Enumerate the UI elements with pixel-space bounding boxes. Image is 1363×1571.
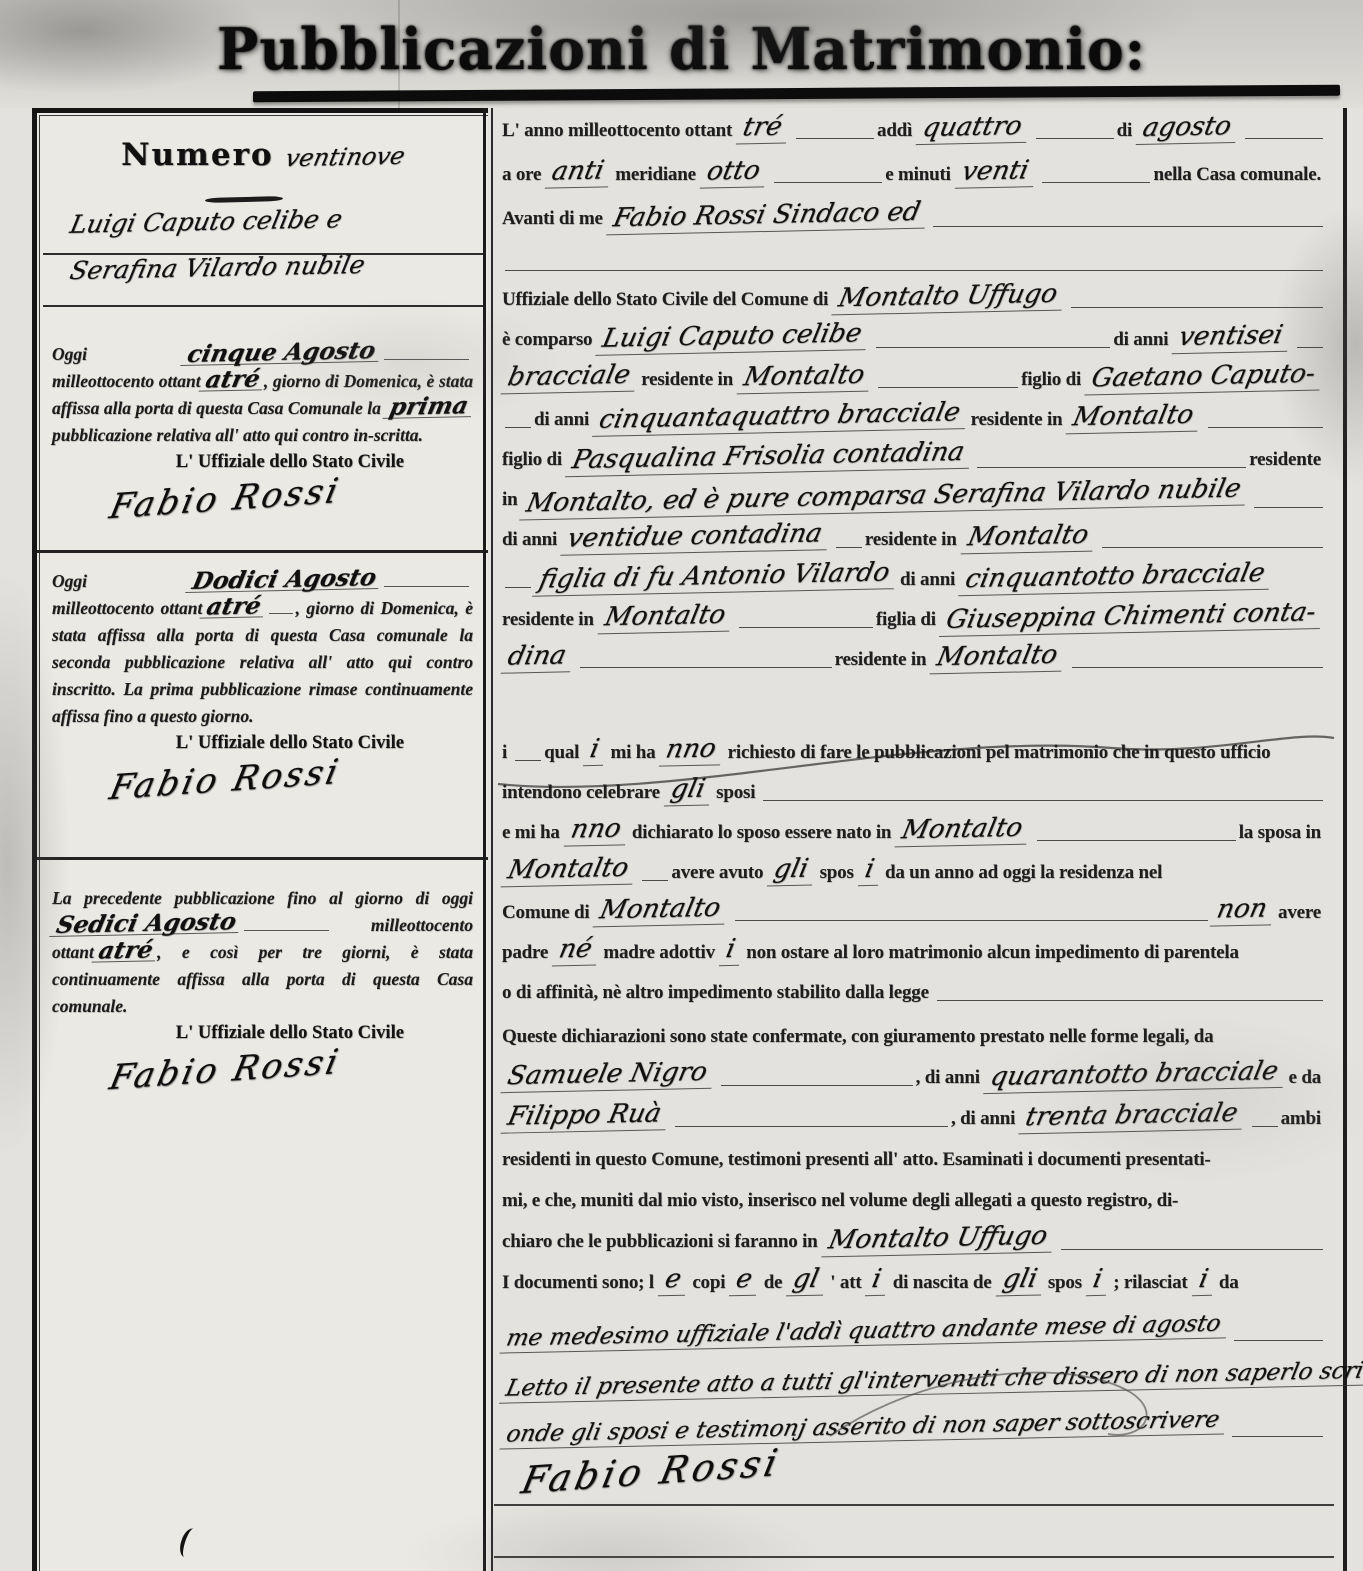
ruled-line — [494, 1556, 1334, 1558]
form-line: residenti in questo Comune, testimoni pr… — [502, 1134, 1326, 1175]
ruled-fill-line — [1102, 545, 1323, 548]
handwritten-text: Sedici Agosto — [49, 911, 243, 937]
ruled-fill-line — [1071, 305, 1323, 308]
printed-text: spos — [820, 862, 859, 888]
appearing-parties-block: Uffiziale dello Stato Civile del Comune … — [502, 275, 1326, 675]
printed-text: sposi — [716, 782, 760, 808]
official-title-label: L' Uffiziale dello Stato Civile — [52, 1023, 473, 1044]
handwritten-text: non — [1210, 895, 1278, 927]
handwritten-text: atré — [198, 368, 266, 391]
ruled-fill-line — [384, 582, 469, 587]
handwritten-text: Dodici Agosto — [185, 567, 383, 593]
printed-text: Comune di — [502, 902, 594, 928]
form-line: I documenti sono; lecopiedegl' attidi na… — [502, 1257, 1326, 1298]
form-line: è comparsoLuigi Caputo celibedi annivent… — [502, 315, 1326, 355]
form-line: braccialeresidente inMontaltofiglio diGa… — [502, 355, 1326, 395]
form-line: Samuele Nigro, di anniquarantotto bracci… — [502, 1052, 1326, 1093]
printed-text: residenti in questo Comune, testimoni pr… — [502, 1149, 1216, 1175]
ruled-fill-line — [739, 625, 873, 628]
ruled-fill-line — [1036, 136, 1114, 139]
printed-text: , di anni — [951, 1108, 1020, 1134]
ruled-fill-line — [1234, 1338, 1323, 1341]
ruled-fill-line — [763, 798, 1323, 801]
form-line: Queste dichiarazioni sono state conferma… — [502, 1011, 1326, 1052]
form-line: iqualimi hannorichiesto di fare le pubbl… — [502, 728, 1326, 768]
ruled-fill-line — [1208, 425, 1323, 428]
handwritten-text: cinquantotto bracciale — [958, 559, 1275, 596]
printed-text: addì — [877, 120, 917, 146]
form-line: di annicinquantaquattro braccialeresiden… — [502, 395, 1326, 435]
printed-text: milleottocento ottant — [52, 598, 202, 618]
printed-text: spos — [1048, 1272, 1087, 1298]
printed-text: la sposa in — [1239, 822, 1326, 848]
form-line: figlia di fu Antonio Vilardodi annicinqu… — [502, 555, 1326, 595]
handwritten-text: Montalto Uffugo — [831, 280, 1067, 315]
form-line — [502, 234, 1326, 278]
ruled-fill-line — [1042, 180, 1150, 183]
official-signature: Fabio Rossi — [106, 1042, 344, 1099]
form-line: Uffiziale dello Stato Civile del Comune … — [502, 275, 1326, 315]
official-signature: Fabio Rossi — [106, 471, 344, 528]
printed-text: i — [502, 742, 512, 768]
printed-text: di anni — [534, 409, 594, 435]
left-margin-box-inner-border — [39, 115, 488, 1571]
third-publication-text: La precedente pubblicazione fino al gior… — [52, 885, 473, 1020]
handwritten-text: Filippo Ruà — [500, 1100, 671, 1134]
printed-text: e minuti — [885, 164, 955, 190]
form-line: o di affinità, nè altro impedimento stab… — [502, 968, 1326, 1008]
handwritten-text: i — [1086, 1265, 1113, 1296]
printed-text: residente — [1249, 449, 1326, 475]
page-right-border-rule — [1343, 108, 1347, 1571]
act-date-block: L' anno milleottocento ottanttréaddìquat… — [502, 102, 1326, 278]
printed-text: ambi — [1281, 1108, 1326, 1134]
handwritten-text: Montalto — [736, 361, 874, 394]
printed-text: L' anno milleottocento ottant — [502, 120, 737, 146]
handwritten-text: Giuseppina Chimenti conta- — [939, 599, 1326, 637]
couple-name-line-bride: Serafina Vilardo nubile — [43, 255, 484, 307]
form-line: Letto il presente atto a tutti gl'interv… — [502, 1348, 1326, 1396]
handwritten-text: Pasqualina Frisolia contadina — [565, 439, 975, 478]
handwritten-text: i — [865, 1265, 892, 1296]
request-declarations-block: iqualimi hannorichiesto di fare le pubbl… — [502, 728, 1326, 1008]
printed-text: mi, e che, muniti dal mio visto, inseris… — [502, 1190, 1183, 1216]
short-fill-line — [642, 878, 668, 881]
handwritten-text: trenta bracciale — [1018, 1099, 1248, 1134]
printed-text: avere avuto — [671, 862, 768, 888]
printed-text: , di anni — [916, 1067, 985, 1093]
section-divider-line — [37, 550, 488, 553]
handwritten-text: dina — [501, 642, 577, 674]
form-line: di anniventidue contadinaresidente inMon… — [502, 515, 1326, 555]
printed-text: residente in — [835, 649, 932, 675]
numero-label: Numero — [121, 137, 273, 173]
printed-text: mi ha — [611, 742, 661, 768]
handwritten-text: i — [583, 735, 610, 766]
printed-text: dichiarato lo sposo essere nato in — [632, 822, 896, 848]
left-margin-box: Numero ventinove Luigi Caputo celibe e S… — [32, 108, 488, 1571]
witnesses-documents-block: Queste dichiarazioni sono state conferma… — [502, 1011, 1326, 1298]
handwritten-text: venti — [954, 157, 1038, 189]
mayor-signature: Fabio Rossi — [518, 1441, 785, 1503]
ruled-fill-line — [937, 998, 1323, 1001]
ruled-fill-line — [977, 465, 1246, 468]
handwritten-text: cinque Agosto — [181, 340, 383, 366]
printed-text: copi — [692, 1272, 730, 1298]
first-publication-text: Oggi cinque Agosto milleottocento ottant… — [52, 341, 473, 449]
printed-text: madre adottiv — [603, 942, 720, 968]
scanned-marriage-publication-document: { "header": { "title": "Pubblicazioni di… — [0, 0, 1363, 1571]
printed-text: figlia di — [876, 609, 941, 635]
handwritten-text: Montalto — [597, 601, 735, 634]
form-line: inMontalto, ed è pure comparsa Serafina … — [502, 475, 1326, 515]
handwritten-text: Montalto — [501, 854, 639, 887]
ruled-fill-line — [384, 355, 469, 360]
printed-text: Uffiziale dello Stato Civile del Comune … — [502, 289, 833, 315]
printed-text: a ore — [502, 164, 546, 190]
handwritten-text: Luigi Caputo celibe — [596, 320, 873, 356]
ruled-fill-line — [876, 345, 1111, 348]
handwritten-text: quarantotto bracciale — [983, 1058, 1288, 1095]
printed-text: di anni — [502, 529, 562, 555]
ruled-fill-line — [1245, 136, 1323, 139]
handwritten-text: Montalto — [930, 641, 1068, 674]
ruled-fill-line — [878, 385, 1018, 388]
form-line: me medesimo uffiziale l'addì quattro and… — [502, 1300, 1326, 1348]
form-line: Comune diMontaltononavere — [502, 888, 1326, 928]
ruled-fill-line — [774, 180, 882, 183]
printed-text: chiaro che le pubblicazioni si faranno i… — [502, 1231, 823, 1257]
ruled-fill-line — [505, 268, 1323, 271]
printed-text: qual — [544, 742, 584, 768]
short-fill-line — [505, 585, 531, 588]
handwritten-text: nno — [563, 815, 631, 847]
ruled-fill-line — [244, 926, 329, 931]
form-line: a oreantimeridianeottoe minutiventinella… — [502, 146, 1326, 190]
printed-text: residente in — [971, 409, 1068, 435]
form-line: dinaresidente inMontalto — [502, 635, 1326, 675]
third-publication-section: La precedente pubblicazione fino al gior… — [37, 885, 488, 1090]
printed-text: e da — [1289, 1067, 1326, 1093]
printed-text: padre — [502, 942, 553, 968]
form-line: chiaro che le pubblicazioni si faranno i… — [502, 1216, 1326, 1257]
ruled-fill-line — [1037, 838, 1236, 841]
printed-text: meridiane — [615, 164, 701, 190]
printed-text: figlio di — [1021, 369, 1086, 395]
handwritten-text: atré — [200, 595, 268, 618]
ruled-fill-line — [580, 665, 831, 668]
printed-text: residente in — [502, 609, 599, 635]
handwritten-text: e — [729, 1265, 763, 1296]
handwritten-text: cinquantaquattro bracciale — [592, 399, 971, 437]
ruled-fill-line — [796, 136, 874, 139]
bride-name-handwritten: Serafina Vilardo nubile — [68, 252, 368, 284]
printed-text: di — [1117, 120, 1137, 146]
ruled-fill-line — [1232, 1434, 1323, 1437]
second-publication-text: Oggi Dodici Agosto milleottocento ottant… — [52, 568, 473, 730]
handwritten-text: anti — [545, 157, 615, 189]
printed-text: avere — [1278, 902, 1326, 928]
printed-text: Queste dichiarazioni sono state conferma… — [502, 1026, 1218, 1052]
handwritten-text: né — [552, 935, 603, 966]
printed-text: Avanti di me — [502, 208, 608, 234]
form-line: figlio diPasqualina Frisolia contadinare… — [502, 435, 1326, 475]
printed-text: nella Casa comunale. — [1153, 164, 1326, 190]
short-fill-line — [515, 758, 541, 761]
handwritten-text: figlia di fu Antonio Vilardo — [532, 559, 900, 597]
form-line: mi, e che, muniti dal mio visto, inseris… — [502, 1175, 1326, 1216]
official-signature: Fabio Rossi — [106, 752, 344, 809]
short-fill-line — [269, 609, 293, 614]
handwritten-text: gli — [664, 775, 716, 806]
handwritten-text: Montalto — [593, 894, 731, 927]
form-line: Filippo Ruà, di annitrenta braccialeambi — [502, 1093, 1326, 1134]
handwritten-text: gl — [786, 1265, 829, 1296]
handwritten-text: nno — [659, 735, 727, 767]
handwritten-text: gli — [995, 1265, 1047, 1296]
ruled-line — [494, 1504, 1334, 1506]
handwritten-text: otto — [700, 157, 771, 189]
second-publication-section: Oggi Dodici Agosto milleottocento ottant… — [37, 568, 488, 800]
printed-text: non ostare al loro matrimonio alcun impe… — [746, 942, 1244, 968]
form-line: e mi hannodichiarato lo sposo essere nat… — [502, 808, 1326, 848]
handwritten-text: i — [719, 935, 746, 966]
handwritten-text: Montalto, ed è pure comparsa Serafina Vi… — [520, 475, 1252, 520]
ruled-fill-line — [675, 1124, 948, 1127]
printed-text: di anni — [1113, 329, 1173, 355]
handwritten-text: bracciale — [501, 361, 641, 394]
form-line: L' anno milleottocento ottanttréaddìquat… — [502, 102, 1326, 146]
printed-text: residente in — [641, 369, 738, 395]
section-divider-line — [37, 857, 488, 860]
handwritten-text: Samuele Nigro — [500, 1059, 717, 1094]
act-main-column: L' anno milleottocento ottanttréaddìquat… — [492, 108, 1340, 1571]
handwritten-text: ventisei — [1172, 322, 1294, 355]
printed-text: è comparso — [502, 329, 597, 355]
printed-text: pubblicazione relativa all' atto qui con… — [52, 425, 423, 445]
printed-text: milleottocento ottant — [52, 371, 201, 391]
record-number-row: Numero ventinove — [37, 137, 488, 173]
handwritten-text: Gaetano Caputo- — [1084, 360, 1325, 395]
handwritten-text: Montalto — [895, 814, 1033, 847]
ruled-fill-line — [933, 224, 1323, 227]
handwritten-text: quattro — [916, 113, 1033, 146]
printed-text: di nascita de — [893, 1272, 997, 1298]
groom-name-handwritten: Luigi Caputo celibe e — [68, 206, 345, 238]
printed-text: in — [502, 489, 522, 515]
ruled-fill-line — [735, 918, 1208, 921]
printed-text: di anni — [900, 569, 960, 595]
handwritten-text: e — [658, 1265, 692, 1296]
closing-handwritten-block: me medesimo uffiziale l'addì quattro and… — [502, 1300, 1326, 1444]
printed-text: de — [764, 1272, 788, 1298]
handwritten-text: Montalto Uffugo — [821, 1222, 1057, 1257]
document-title: Pubblicazioni di Matrimonio: — [0, 15, 1363, 83]
printed-text: La precedente pubblicazione fino al gior… — [52, 888, 473, 908]
form-line: Avanti di meFabio Rossi Sindaco ed — [502, 190, 1326, 234]
handwritten-text: prima — [383, 395, 476, 419]
numero-value-handwritten: ventinove — [283, 144, 407, 172]
printed-text: da — [1219, 1272, 1244, 1298]
official-title-label: L' Uffiziale dello Stato Civile — [52, 452, 473, 473]
printed-text: Oggi — [52, 571, 188, 591]
couple-name-line-groom: Luigi Caputo celibe e — [43, 209, 484, 255]
printed-text: Oggi — [52, 344, 183, 364]
short-fill-line — [1252, 1124, 1278, 1127]
official-title-label: L' Uffiziale dello Stato Civile — [52, 733, 473, 754]
short-fill-line — [505, 425, 531, 428]
handwritten-text: atré — [91, 939, 159, 962]
printed-text: intendono celebrare — [502, 782, 665, 808]
printed-text: figlio di — [502, 449, 567, 475]
handwritten-text: i — [1191, 1265, 1218, 1296]
printed-text: e mi ha — [502, 822, 565, 848]
handwritten-text: gli — [767, 855, 819, 886]
handwritten-text: Fabio Rossi Sindaco ed — [606, 198, 931, 235]
handwritten-text: Montalto — [960, 521, 1098, 554]
short-fill-line — [836, 545, 862, 548]
printed-text: ' att — [830, 1272, 866, 1298]
printed-text: ; rilasciat — [1113, 1272, 1192, 1298]
ruled-fill-line — [1254, 505, 1323, 508]
form-line: intendono celebrareglisposi — [502, 768, 1326, 808]
form-line: Montaltoavere avutoglisposida un anno ad… — [502, 848, 1326, 888]
form-line: onde gli sposi e testimonj asserito di n… — [502, 1396, 1326, 1444]
printed-text: richiesto di fare le pubblicazioni pel m… — [728, 742, 1276, 768]
printed-text: I documenti sono; l — [502, 1272, 659, 1298]
handwritten-text: ventidue contadina — [560, 520, 832, 556]
ruled-fill-line — [721, 1083, 913, 1086]
handwritten-text: agosto — [1136, 113, 1242, 145]
printed-text: residente in — [865, 529, 962, 555]
ruled-fill-line — [1061, 1247, 1323, 1250]
short-fill-line — [1297, 345, 1323, 348]
handwritten-text: i — [857, 855, 884, 886]
form-line: residente inMontaltofiglia diGiuseppina … — [502, 595, 1326, 635]
paper-fold-line — [398, 0, 400, 108]
handwritten-text: Montalto — [1066, 401, 1204, 434]
printed-text: da un anno ad oggi la residenza nel — [885, 862, 1167, 888]
handwritten-text: tré — [736, 113, 793, 144]
ruled-fill-line — [1072, 665, 1323, 668]
handwritten-text: onde gli sposi e testimonj asserito di n… — [499, 1407, 1229, 1449]
first-publication-section: Oggi cinque Agosto milleottocento ottant… — [37, 341, 488, 519]
form-line: padrenémadre adottivinon ostare al loro … — [502, 928, 1326, 968]
printed-text: o di affinità, nè altro impedimento stab… — [502, 982, 934, 1008]
